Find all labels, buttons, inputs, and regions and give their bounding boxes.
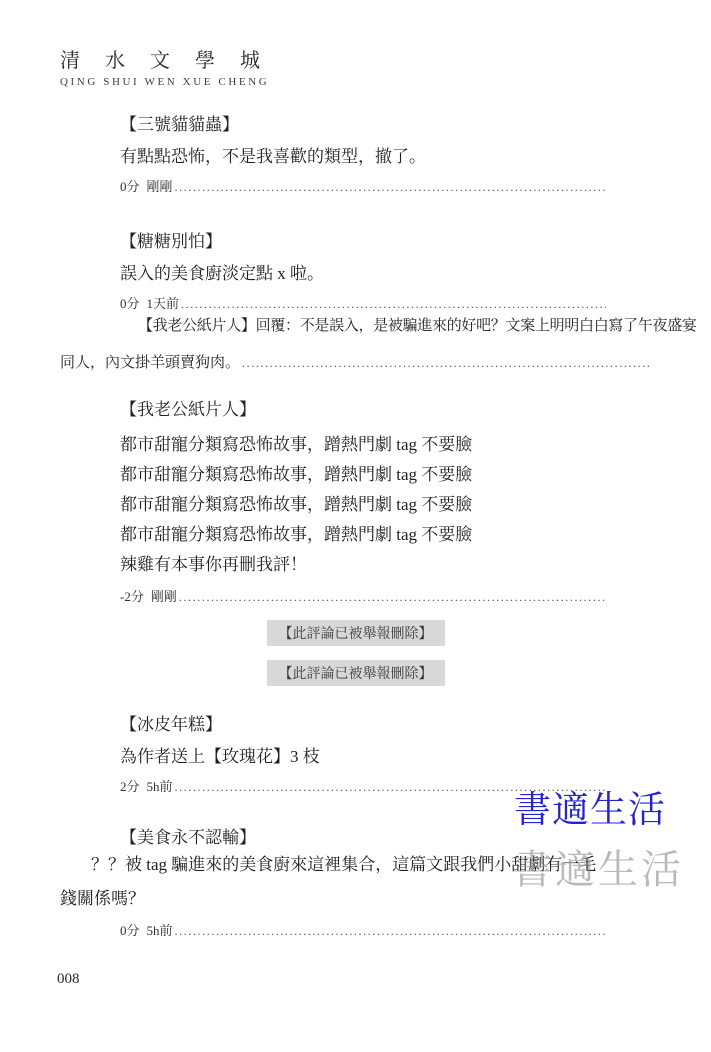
comment-score: -2分 bbox=[120, 586, 144, 605]
comment-body: 誤入的美食廚淡定點 x 啦。 bbox=[120, 262, 606, 286]
comment-time: 剛剛 bbox=[147, 176, 173, 195]
comment-time: 5h前 bbox=[147, 920, 173, 939]
comment-5-body: ？？被 tag 騙進來的美食廚來這裡集合，這篇文跟我們小甜劇有一毛 錢關係嗎？ bbox=[60, 853, 652, 911]
comment-body-line: 辣雞有本事你再刪我評！ bbox=[120, 550, 606, 580]
deleted-comment-notice-1: 【此評論已被舉報刪除】 bbox=[267, 620, 445, 646]
reply-line-1: 【我老公紙片人】回覆：不是誤入，是被騙進來的好吧？文案上明明白白寫了午夜盛宴 bbox=[60, 313, 652, 339]
leader-dots: ........................................… bbox=[242, 350, 652, 376]
comment-score: 0分 bbox=[120, 176, 140, 195]
leader-dots: ........................................… bbox=[175, 924, 606, 939]
leader-dots: ........................................… bbox=[175, 180, 606, 195]
comment-body: 有點點恐怖，不是我喜歡的類型，撤了。 bbox=[120, 145, 606, 169]
comment-username: 【糖糖別怕】 bbox=[120, 231, 606, 253]
reply-line-2-text: 同人，內文掛羊頭賣狗肉。 bbox=[60, 350, 240, 376]
comment-block-1: 【三號貓貓蟲】 有點點恐怖，不是我喜歡的類型，撤了。 0分 剛剛 .......… bbox=[120, 114, 606, 195]
comment-body: 為作者送上【玫瑰花】3 枝 bbox=[120, 745, 606, 769]
comment-body-line: 錢關係嗎？ bbox=[60, 887, 652, 911]
comment-username: 【我老公紙片人】 bbox=[120, 399, 606, 421]
comment-score: 2分 bbox=[120, 776, 140, 795]
comment-username: 【三號貓貓蟲】 bbox=[120, 114, 606, 136]
comment-time: 5h前 bbox=[147, 776, 173, 795]
comment-body-line: 都市甜寵分類寫恐怖故事，蹭熱門劇 tag 不要臉 bbox=[120, 430, 606, 460]
site-logo-pinyin: QING SHUI WEN XUE CHENG bbox=[60, 76, 270, 88]
reply-line-2: 同人，內文掛羊頭賣狗肉。 ...........................… bbox=[60, 350, 652, 376]
leader-dots: ........................................… bbox=[175, 780, 606, 795]
comment-block-2: 【糖糖別怕】 誤入的美食廚淡定點 x 啦。 0分 1天前 ...........… bbox=[120, 231, 606, 312]
comment-body-line: 都市甜寵分類寫恐怖故事，蹭熱門劇 tag 不要臉 bbox=[120, 460, 606, 490]
leader-dots: ........................................… bbox=[179, 590, 606, 605]
comment-block-4: 【冰皮年糕】 為作者送上【玫瑰花】3 枝 2分 5h前 ............… bbox=[120, 714, 606, 795]
deleted-comment-notice-2: 【此評論已被舉報刪除】 bbox=[267, 660, 445, 686]
comment-meta: 0分 5h前 .................................… bbox=[120, 920, 606, 939]
reply-paragraph: 【我老公紙片人】回覆：不是誤入，是被騙進來的好吧？文案上明明白白寫了午夜盛宴 同… bbox=[60, 313, 652, 376]
comment-time: 1天前 bbox=[147, 293, 180, 312]
comment-block-3: 【我老公紙片人】 都市甜寵分類寫恐怖故事，蹭熱門劇 tag 不要臉 都市甜寵分類… bbox=[120, 399, 606, 605]
page-number: 008 bbox=[57, 971, 80, 988]
comment-time: 剛剛 bbox=[151, 586, 177, 605]
comment-meta: 2分 5h前 .................................… bbox=[120, 776, 606, 795]
comment-score: 0分 bbox=[120, 293, 140, 312]
comment-score: 0分 bbox=[120, 920, 140, 939]
comment-username: 【美食永不認輸】 bbox=[120, 827, 606, 849]
leader-dots: ........................................… bbox=[181, 297, 606, 312]
site-logo: 清 水 文 學 城 QING SHUI WEN XUE CHENG bbox=[60, 44, 270, 88]
comment-body-line: ？？被 tag 騙進來的美食廚來這裡集合，這篇文跟我們小甜劇有一毛 bbox=[60, 853, 652, 877]
site-logo-chinese: 清 水 文 學 城 bbox=[60, 44, 270, 73]
book-page: 清 水 文 學 城 QING SHUI WEN XUE CHENG 【三號貓貓蟲… bbox=[0, 0, 711, 1052]
comment-meta: -2分 剛剛 .................................… bbox=[120, 586, 606, 605]
comment-body-line: 都市甜寵分類寫恐怖故事，蹭熱門劇 tag 不要臉 bbox=[120, 490, 606, 520]
comment-meta: 0分 剛剛 ..................................… bbox=[120, 176, 606, 195]
comment-username: 【冰皮年糕】 bbox=[120, 714, 606, 736]
comment-meta: 0分 1天前 .................................… bbox=[120, 293, 606, 312]
comment-body-line: 都市甜寵分類寫恐怖故事，蹭熱門劇 tag 不要臉 bbox=[120, 520, 606, 550]
